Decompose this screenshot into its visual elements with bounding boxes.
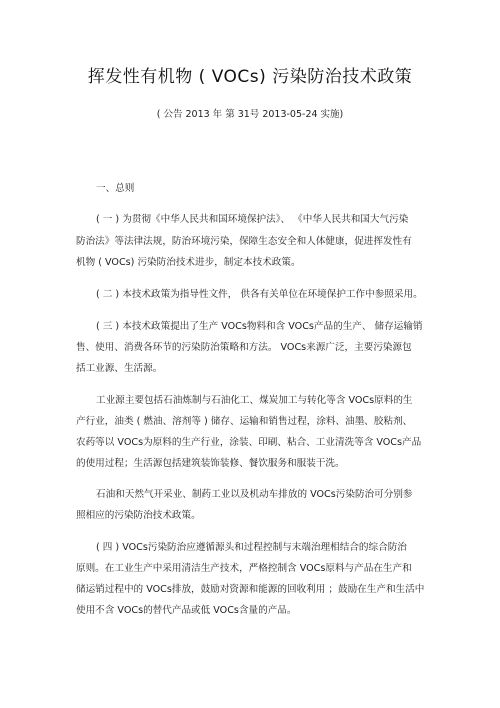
section-heading: 一、总则 xyxy=(96,180,134,194)
paragraph-line: 石油和天然气开采业、制药工业以及机动车排放的 VOCs污染防治可分别参 xyxy=(96,486,413,500)
paragraph-line: 产行业，油类 ( 燃油、溶剂等 ) 储存、运输和销售过程，涂料、油墨、胶粘剂、 xyxy=(76,413,412,427)
paragraph-line: ( 一 ) 为贯彻《中华人民共和国环境保护法》、 《中华人民共和国大气污染 xyxy=(96,211,408,225)
paragraph-line: 售、使用、消费各环节的污染防治策略和方法。 VOCs来源广泛，主要污染源包 xyxy=(76,339,412,353)
paragraph-line: 原则。在工业生产中采用清洁生产技术，严格控制含 VOCs原料与产品在生产和 xyxy=(76,560,412,574)
paragraph-line: 工业源主要包括石油炼制与石油化工、煤炭加工与转化等含 VOCs原料的生 xyxy=(96,392,413,406)
paragraph-line: 农药等以 VOCs为原料的生产行业，涂装、印刷、粘合、工业清洗等含 VOCs产品 xyxy=(76,434,421,448)
paragraph-line: ( 二 ) 本技术政策为指导性文件， 供各有关单位在环境保护工作中参照采用。 xyxy=(96,286,423,300)
paragraph-line: 储运销过程中的 VOCs排放，鼓励对资源和能源的回收利用 ；鼓励在生产和生活中 xyxy=(76,581,424,595)
document-subtitle: ( 公告 2013 年 第 31号 2013-05-24 实施) xyxy=(0,106,500,120)
paragraph-line: 括工业源、生活源。 xyxy=(76,360,162,374)
paragraph-line: 防治法》等法律法规，防治环境污染，保障生态安全和人体健康，促进挥发性有 xyxy=(76,233,412,247)
paragraph-line: ( 三 ) 本技术政策提出了生产 VOCs物料和含 VOCs产品的生产、 储存运… xyxy=(96,318,423,332)
document-title: 挥发性有机物 ( VOCs) 污染防治技术政策 xyxy=(0,62,500,87)
paragraph-line: 使用不含 VOCs的替代产品或低 VOCs含量的产品。 xyxy=(76,602,296,616)
paragraph-line: 机物 ( VOCs) 污染防治技术进步，制定本技术政策。 xyxy=(76,254,301,268)
paragraph-line: ( 四 ) VOCs污染防治应遵循源头和过程控制与末端治理相结合的综合防治 xyxy=(96,539,407,553)
paragraph-line: 的使用过程；生活源包括建筑装饰装修、餐饮服务和服装干洗。 xyxy=(76,455,345,469)
paragraph-line: 照相应的污染防治技术政策。 xyxy=(76,507,201,521)
